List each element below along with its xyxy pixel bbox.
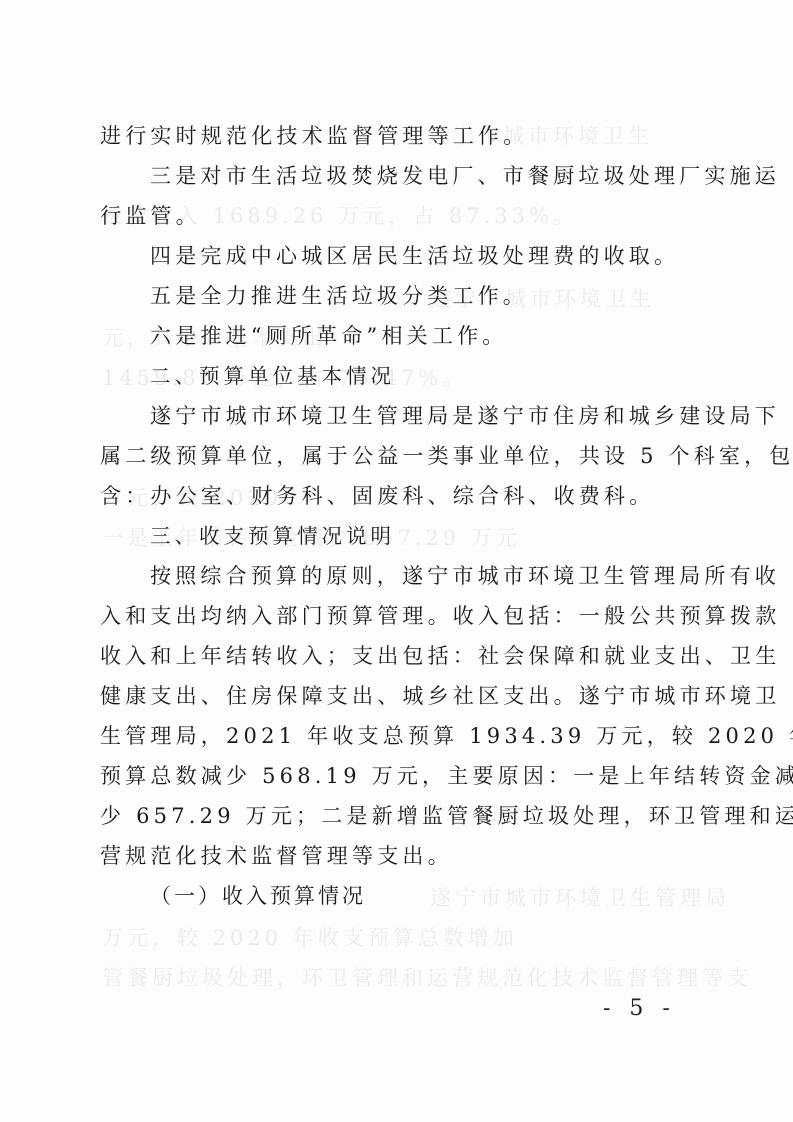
paragraph-line: 收入和上年结转收入；支出包括：社会保障和就业支出、卫生 [100,638,690,678]
paragraph-line: 进行实时规范化技术监督管理等工作。 [100,118,690,158]
paragraph-line: 属二级预算单位，属于公益一类事业单位，共设 5 个科室，包 [100,438,690,478]
page-number: - 5 - [603,996,676,1021]
paragraph-line: 含：办公室、财务科、固废科、综合科、收费科。 [100,478,690,518]
section-heading: 二、预算单位基本情况 [100,358,690,398]
document-body: 进行实时规范化技术监督管理等工作。 三是对市生活垃圾焚烧发电厂、市餐厨垃圾处理厂… [100,118,690,918]
paragraph-line: 四是完成中心城区居民生活垃圾处理费的收取。 [100,238,690,278]
bleed-line: 万元，较 2020 年收支预算总数增加 [102,922,518,952]
paragraph-line: 少 657.29 万元；二是新增监管餐厨垃圾处理，环卫管理和运 [100,798,690,838]
paragraph-line: 健康支出、住房保障支出、城乡社区支出。遂宁市城市环境卫 [100,678,690,718]
paragraph-line: 营规范化技术监督管理等支出。 [100,838,690,878]
paragraph-line: 生管理局，2021 年收支总预算 1934.39 万元，较 2020 年收支 [100,718,690,758]
paragraph-line: 行监管。 [100,198,690,238]
bleed-line: 管餐厨垃圾处理，环卫管理和运营规范化技术监督管理等支 [102,962,752,992]
subsection-heading: （一）收入预算情况 [100,878,690,918]
paragraph-line: 入和支出均纳入部门预算管理。收入包括：一般公共预算拨款 [100,598,690,638]
section-heading: 三、收支预算情况说明 [100,518,690,558]
paragraph-line: 五是全力推进生活垃圾分类工作。 [100,278,690,318]
paragraph-line: 按照综合预算的原则，遂宁市城市环境卫生管理局所有收 [100,558,690,598]
paragraph-line: 六是推进“厕所革命”相关工作。 [100,318,690,358]
paragraph-line: 预算总数减少 568.19 万元，主要原因：一是上年结转资金减 [100,758,690,798]
paragraph-line: 三是对市生活垃圾焚烧发电厂、市餐厨垃圾处理厂实施运 [100,158,690,198]
document-page: 遂宁市城市环境卫生 拨款收入 1689.26 万元，占 87.33%。 （二） … [0,0,793,1122]
paragraph-line: 遂宁市城市环境卫生管理局是遂宁市住房和城乡建设局下 [100,398,690,438]
